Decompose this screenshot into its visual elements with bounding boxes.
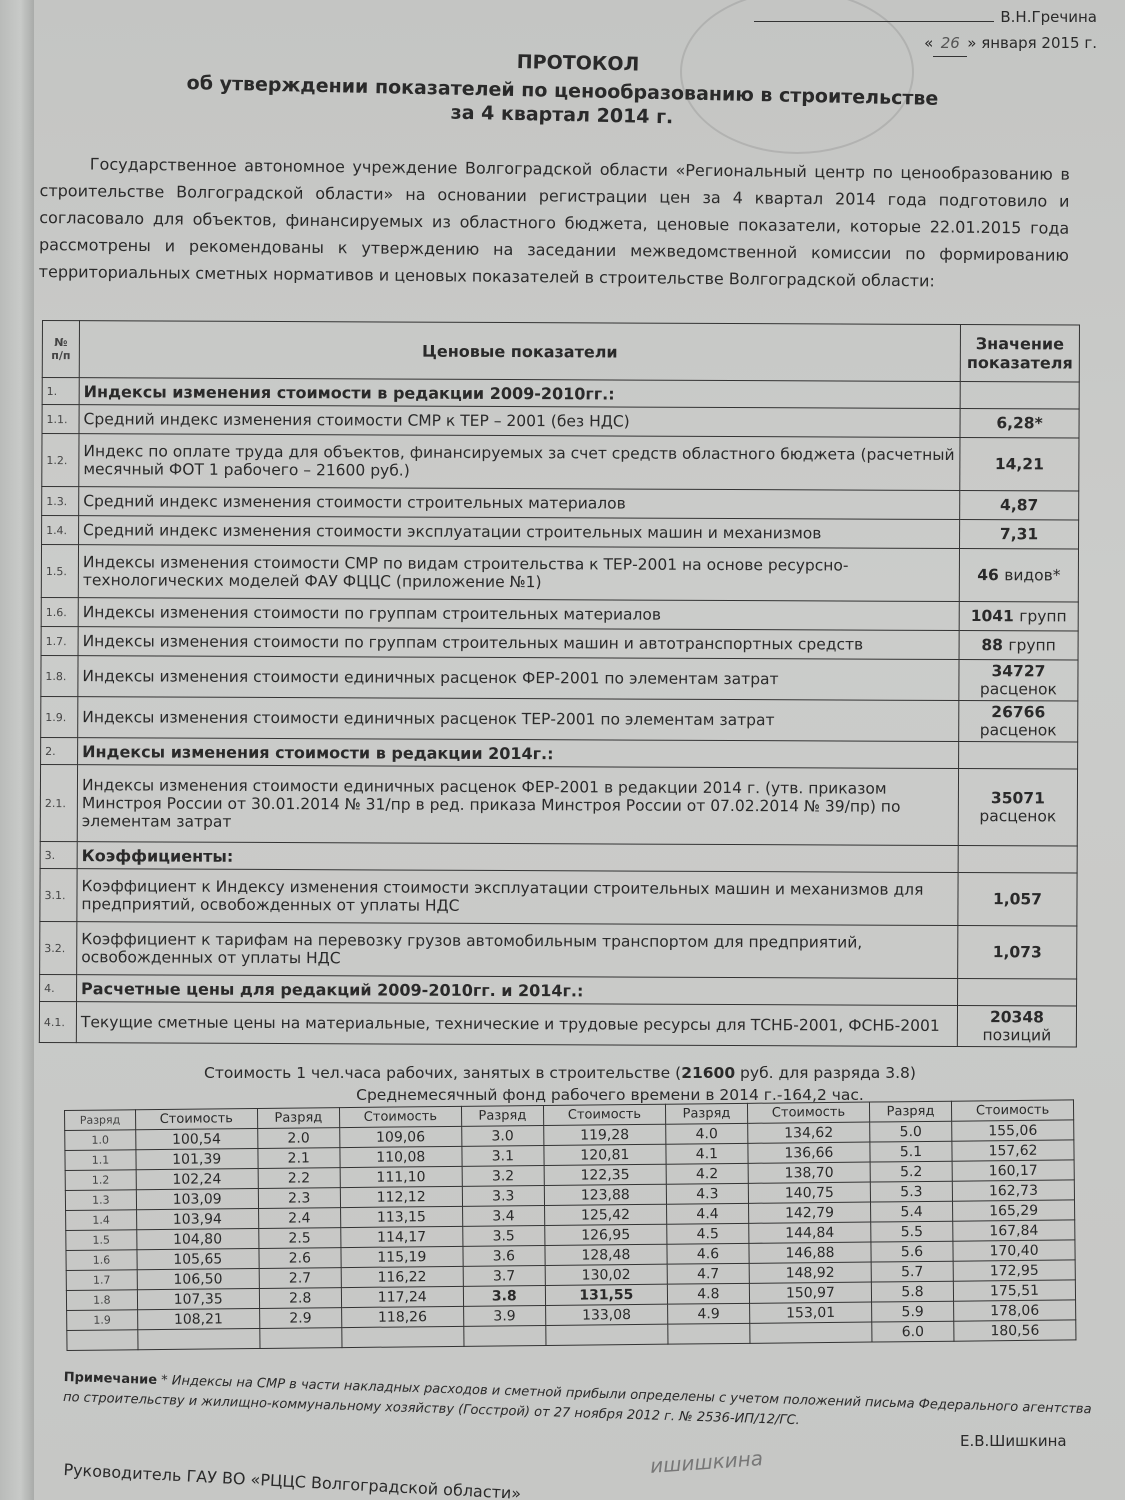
cost-cell: 112,12 [340,1186,462,1207]
header-grade: Разряд [869,1101,951,1122]
rates-caption-1-pre: Стоимость 1 чел.часа рабочих, занятых в … [204,1064,681,1082]
row-indicator: Индексы изменения стоимости единичных ра… [77,765,958,846]
grade-cell: 5.0 [870,1121,952,1142]
table-row: 3.1.Коэффициент к Индексу изменения стои… [40,868,1077,926]
grade-cell: 1.9 [67,1310,138,1331]
rates-caption-1-post: руб. для разряда 3.8) [735,1064,916,1082]
row-number: 2.1. [40,764,77,841]
grade-cell: 4.6 [667,1243,749,1264]
grade-cell: 2.9 [259,1308,341,1329]
row-value: 6,28* [960,409,1079,439]
cost-cell: 131,55 [545,1284,667,1305]
signatory-name: Е.В.Шишкина [960,1432,1067,1450]
row-value-number: 1041 [971,607,1014,625]
cost-cell: 120,81 [544,1144,666,1165]
cost-cell: 108,21 [137,1308,259,1329]
cost-cell: 103,94 [136,1208,258,1229]
row-indicator: Расчетные цены для редакций 2009-2010гг.… [77,975,958,1006]
grade-cell [668,1323,750,1344]
row-number: 2. [41,737,78,764]
table-row: 4.1.Текущие сметные цены на материальные… [39,1001,1076,1047]
cost-cell: 126,95 [545,1224,667,1245]
approval-block: В.Н.Гречина «26» января 2015 г. [754,4,1097,57]
grade-cell: 1.0 [65,1130,136,1151]
header-grade: Разряд [665,1103,747,1124]
cost-cell: 180,56 [954,1320,1076,1341]
cost-cell: 115,19 [341,1246,463,1267]
row-value-unit: расценок [979,807,1056,825]
row-indicator: Индексы изменения стоимости единичных ра… [78,656,959,701]
cost-cell: 172,95 [953,1260,1075,1281]
row-number: 1.8. [41,655,78,696]
cost-cell: 111,10 [340,1166,462,1187]
cost-cell: 118,26 [341,1306,463,1327]
row-value: 14,21 [960,438,1079,492]
row-value-number: 4,87 [1000,496,1038,514]
table-row: 2.1.Индексы изменения стоимости единичны… [40,764,1077,846]
row-value: 20348позиций [957,1006,1076,1048]
row-indicator: Текущие сметные цены на материальные, те… [76,1002,957,1047]
grade-cell: 2.1 [258,1148,340,1169]
row-value-number: 26766 [991,703,1045,721]
price-indicators-table: № п/п Ценовые показатели Значение показа… [39,320,1080,1048]
cost-cell: 103,09 [136,1188,258,1209]
grade-cell: 4.4 [666,1203,748,1224]
row-value [958,846,1077,874]
grade-cell: 3.3 [462,1185,544,1206]
grade-cell: 4.2 [666,1163,748,1184]
row-indicator: Индексы изменения стоимости по группам с… [78,598,959,631]
header-grade: Разряд [65,1110,136,1131]
header-cost: Стоимость [339,1106,461,1127]
row-value [958,979,1077,1007]
row-value-number: 46 [977,566,999,584]
approver-name: В.Н.Гречина [1000,8,1097,26]
grade-cell: 4.0 [665,1123,747,1144]
row-indicator: Индексы изменения стоимости в редакции 2… [78,738,959,769]
grade-cell: 1.3 [65,1190,136,1211]
row-value-number: 34727 [991,662,1045,680]
cost-cell: 123,88 [544,1184,666,1205]
grade-cell: 1.2 [65,1170,136,1191]
table-row: 1.3.Средний индекс изменения стоимости с… [42,487,1079,521]
rates-caption-1: Стоимость 1 чел.часа рабочих, занятых в … [60,1064,1060,1082]
row-number: 3.1. [40,868,77,921]
cost-cell: 144,84 [749,1222,871,1243]
cost-cell: 110,08 [340,1146,462,1167]
row-value-number: 88 [981,636,1003,654]
grade-cell: 1.6 [66,1250,137,1271]
grade-cell: 4.3 [666,1183,748,1204]
grade-cell: 2.3 [258,1188,340,1209]
grade-cell: 1.7 [66,1270,137,1291]
grade-cell: 2.7 [259,1268,341,1289]
row-indicator: Средний индекс изменения стоимости строи… [79,487,960,520]
row-value-number: 14,21 [995,455,1044,473]
row-number: 4.1. [39,1001,76,1042]
row-indicator: Индексы изменения стоимости в редакции 2… [79,378,960,409]
cost-cell: 136,66 [748,1142,870,1163]
hourly-rates-table: РазрядСтоимостьРазрядСтоимостьРазрядСтои… [64,1099,1076,1351]
row-value: 1041 групп [959,602,1078,632]
row-value-number: 1,057 [993,890,1042,908]
header-num: № п/п [42,321,79,378]
grade-cell [463,1325,545,1346]
grade-cell: 3.9 [463,1305,545,1326]
row-value: 26766расценок [959,701,1078,743]
cost-cell: 122,35 [544,1164,666,1185]
grade-cell: 6.0 [872,1321,954,1342]
grade-cell: 5.1 [870,1141,952,1162]
grade-cell: 1.5 [66,1230,137,1251]
row-number: 3.2. [40,921,77,974]
row-value-unit: видов* [1004,566,1060,584]
table-row: 1.5.Индексы изменения стоимости СМР по в… [41,545,1078,603]
row-indicator: Индекс по оплате труда для объектов, фин… [79,434,960,491]
row-value-unit: групп [1008,636,1056,654]
grade-cell [259,1328,341,1349]
cost-cell: 155,06 [952,1120,1074,1141]
grade-cell: 3.2 [462,1165,544,1186]
row-indicator: Коэффициент к тарифам на перевозку грузо… [77,922,958,979]
table-row: 1.1.Средний индекс изменения стоимости С… [42,405,1079,439]
header-grade: Разряд [461,1105,543,1126]
row-value-number: 6,28* [996,414,1042,432]
row-value: 35071расценок [958,769,1077,847]
table-row: 1.6.Индексы изменения стоимости по групп… [41,597,1078,631]
row-number: 1.1. [42,405,79,434]
grade-cell: 3.8 [463,1285,545,1306]
approval-date-rest: » января 2015 г. [967,34,1097,52]
row-value [959,742,1078,770]
cost-cell: 109,06 [340,1126,462,1147]
signature-line [754,7,994,22]
header-value: Значение показателя [960,325,1079,383]
cost-cell: 101,39 [136,1148,258,1169]
row-value-unit: групп [1019,607,1067,625]
grade-cell: 4.9 [667,1303,749,1324]
cost-cell: 138,70 [748,1162,870,1183]
cost-cell: 100,54 [135,1128,257,1149]
grade-cell: 1.1 [65,1150,136,1171]
row-indicator: Индексы изменения стоимости единичных ра… [78,697,959,742]
row-value: 4,87 [960,491,1079,521]
table-row: 3.2.Коэффициент к тарифам на перевозку г… [40,921,1077,979]
row-indicator: Коэффициенты: [77,842,958,873]
cost-cell [342,1326,464,1347]
header-cost: Стоимость [952,1100,1074,1121]
rates-caption-1-amount: 21600 [681,1064,735,1082]
row-value-unit: позиций [983,1026,1052,1044]
cost-cell: 170,40 [953,1240,1075,1261]
table-row: 1.2.Индекс по оплате труда для объектов,… [42,434,1079,492]
row-value-number: 1,073 [993,943,1042,961]
date-quote-open: « [924,34,933,52]
row-number: 3. [40,841,77,868]
row-value-unit: расценок [980,680,1057,698]
grade-cell: 5.2 [870,1161,952,1182]
grade-cell: 5.7 [871,1261,953,1282]
grade-cell: 4.5 [667,1223,749,1244]
row-value: 34727расценок [959,660,1078,702]
grade-cell: 3.7 [463,1265,545,1286]
cost-cell: 167,84 [953,1220,1075,1241]
cost-cell: 146,88 [749,1242,871,1263]
row-value [960,382,1079,410]
cost-cell: 175,51 [953,1280,1075,1301]
grade-cell: 2.5 [258,1228,340,1249]
row-value: 1,073 [958,926,1077,980]
row-value-number: 7,31 [1000,525,1038,543]
cost-cell: 105,65 [137,1248,259,1269]
grade-cell: 4.8 [667,1283,749,1304]
row-number: 1.3. [42,487,79,516]
header-cost: Стоимость [543,1104,665,1125]
page-edge [0,0,34,1500]
table-row: 1.4.Средний индекс изменения стоимости э… [42,516,1079,550]
cost-cell: 150,97 [749,1282,871,1303]
table-row: 1.7.Индексы изменения стоимости по групп… [41,626,1078,660]
cost-cell [138,1328,260,1349]
cost-cell: 107,35 [137,1288,259,1309]
grade-cell: 1.8 [66,1290,137,1311]
row-number: 1.5. [41,545,78,598]
cost-cell: 114,17 [341,1226,463,1247]
grade-cell: 5.9 [871,1301,953,1322]
grade-cell: 2.2 [258,1168,340,1189]
cost-cell: 128,48 [545,1244,667,1265]
header-grade: Разряд [257,1108,339,1129]
cost-cell [546,1324,668,1345]
cost-cell: 148,92 [749,1262,871,1283]
cost-cell: 178,06 [954,1300,1076,1321]
grade-cell: 3.1 [462,1145,544,1166]
table-row: 1.9.Индексы изменения стоимости единичны… [41,696,1078,742]
grade-cell: 2.0 [257,1128,339,1149]
header-indicator: Ценовые показатели [79,321,960,382]
header-cost: Стоимость [747,1102,869,1123]
grade-cell: 4.1 [666,1143,748,1164]
cost-cell: 119,28 [544,1124,666,1145]
grade-cell: 3.5 [462,1225,544,1246]
grade-cell: 5.5 [871,1221,953,1242]
grade-cell: 3.4 [462,1205,544,1226]
cost-cell: 130,02 [545,1264,667,1285]
cost-cell: 153,01 [750,1302,872,1323]
approval-day: 26 [933,30,967,57]
grade-cell: 5.3 [870,1181,952,1202]
row-value-unit: расценок [980,721,1057,739]
grade-cell: 2.8 [259,1288,341,1309]
cost-cell [750,1322,872,1343]
row-number: 1.9. [41,696,78,737]
cost-cell: 140,75 [748,1182,870,1203]
row-number: 1. [42,378,79,405]
footnote-label: Примечание [63,1370,157,1388]
cost-cell: 157,62 [952,1140,1074,1161]
cost-cell: 160,17 [952,1160,1074,1181]
cost-cell: 162,73 [952,1180,1074,1201]
cost-cell: 142,79 [749,1202,871,1223]
intro-paragraph: Государственное автономное учреждение Во… [39,150,1070,296]
grade-cell: 4.7 [667,1263,749,1284]
row-value-number: 20348 [990,1008,1044,1026]
cost-cell: 102,24 [136,1168,258,1189]
grade-cell [67,1330,138,1351]
cost-cell: 104,80 [137,1228,259,1249]
grade-cell: 5.4 [870,1201,952,1222]
row-indicator: Индексы изменения стоимости по группам с… [78,627,959,660]
grade-cell: 5.8 [871,1281,953,1302]
header-cost: Стоимость [135,1108,257,1129]
grade-cell: 5.6 [871,1241,953,1262]
cost-cell: 106,50 [137,1268,259,1289]
cost-cell: 125,42 [544,1204,666,1225]
table-row: 1.8.Индексы изменения стоимости единичны… [41,655,1078,701]
grade-cell: 1.4 [66,1210,137,1231]
grade-cell: 2.4 [258,1208,340,1229]
cost-cell: 134,62 [748,1122,870,1143]
row-number: 1.2. [42,434,79,487]
cost-cell: 113,15 [340,1206,462,1227]
row-indicator: Индексы изменения стоимости СМР по видам… [78,545,959,602]
cost-cell: 133,08 [546,1304,668,1325]
row-indicator: Коэффициент к Индексу изменения стоимост… [77,869,958,926]
grade-cell: 2.6 [259,1248,341,1269]
grade-cell: 3.6 [463,1245,545,1266]
row-value: 46 видов* [959,549,1078,603]
cost-cell: 117,24 [341,1286,463,1307]
row-number: 1.4. [42,516,79,545]
cost-cell: 165,29 [953,1200,1075,1221]
row-value: 88 групп [959,631,1078,661]
row-indicator: Средний индекс изменения стоимости экспл… [79,516,960,549]
row-number: 1.6. [41,597,78,626]
row-value: 7,31 [960,520,1079,550]
grade-cell: 3.0 [461,1125,543,1146]
row-indicator: Средний индекс изменения стоимости СМР к… [79,405,960,438]
row-number: 1.7. [41,626,78,655]
row-value-number: 35071 [991,789,1045,807]
cost-cell: 116,22 [341,1266,463,1287]
row-value: 1,057 [958,873,1077,927]
row-number: 4. [40,974,77,1001]
